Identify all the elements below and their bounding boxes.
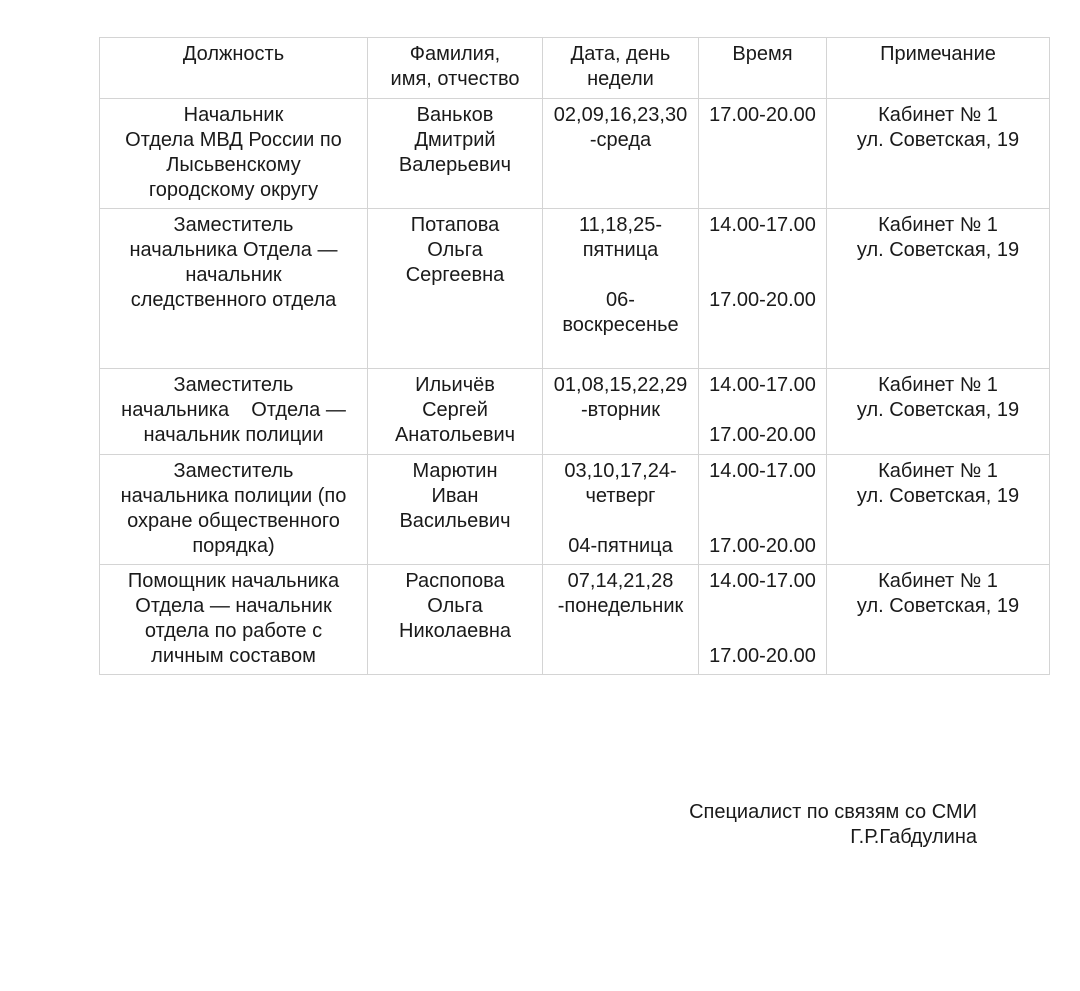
cell-line: начальника Отдела — — [102, 398, 365, 423]
table-header-row: Должность Фамилия,имя, отчество Дата, де… — [100, 38, 1050, 99]
header-position: Должность — [100, 38, 368, 99]
signature-title: Специалист по связям со СМИ — [689, 800, 977, 825]
cell-line: 17.00-20.00 — [701, 288, 824, 313]
header-full-name: Фамилия,имя, отчество — [368, 38, 543, 99]
cell-time: 14.00-17.0017.00-20.00 — [699, 565, 827, 675]
cell-line: Кабинет № 1 — [829, 569, 1047, 594]
cell-line: ул. Советская, 19 — [829, 238, 1047, 263]
cell-line: 17.00-20.00 — [701, 534, 824, 559]
cell-line: Заместитель — [102, 213, 365, 238]
cell-line: 17.00-20.00 — [701, 644, 824, 669]
cell-line: Примечание — [829, 42, 1047, 67]
cell-line: Кабинет № 1 — [829, 213, 1047, 238]
cell-line: охране общественного — [102, 509, 365, 534]
cell-line: 07,14,21,28 — [545, 569, 696, 594]
cell-name: МарютинИванВасильевич — [368, 455, 543, 565]
cell-line: Заместитель — [102, 459, 365, 484]
cell-line: Кабинет № 1 — [829, 459, 1047, 484]
cell-line: Дата, день — [545, 42, 696, 67]
table-row: НачальникОтдела МВД России поЛысьвенском… — [100, 99, 1050, 209]
cell-date: 07,14,21,28-понедельник — [543, 565, 699, 675]
cell-line: отдела по работе с — [102, 619, 365, 644]
header-date-weekday: Дата, деньнедели — [543, 38, 699, 99]
cell-date: 01,08,15,22,29-вторник — [543, 369, 699, 455]
cell-line: 14.00-17.00 — [701, 373, 824, 398]
cell-position: Заместительначальника Отдела —начальникс… — [100, 209, 368, 369]
cell-line: Иван — [370, 484, 540, 509]
cell-line: ул. Советская, 19 — [829, 484, 1047, 509]
cell-line: 06- — [545, 288, 696, 313]
cell-line: 03,10,17,24- — [545, 459, 696, 484]
cell-line: порядка) — [102, 534, 365, 559]
cell-name: РаспоповаОльгаНиколаевна — [368, 565, 543, 675]
cell-line: Потапова — [370, 213, 540, 238]
reception-schedule-table: Должность Фамилия,имя, отчество Дата, де… — [99, 37, 1050, 675]
cell-line: Ольга — [370, 238, 540, 263]
cell-line — [545, 263, 696, 288]
cell-line: городскому округу — [102, 178, 365, 203]
cell-line: Ваньков — [370, 103, 540, 128]
cell-line: -вторник — [545, 398, 696, 423]
cell-time: 14.00-17.0017.00-20.00 — [699, 369, 827, 455]
header-note: Примечание — [827, 38, 1050, 99]
cell-time: 14.00-17.0017.00-20.00 — [699, 209, 827, 369]
header-time: Время — [699, 38, 827, 99]
cell-name: ПотаповаОльгаСергеевна — [368, 209, 543, 369]
cell-line: ул. Советская, 19 — [829, 398, 1047, 423]
cell-line: Анатольевич — [370, 423, 540, 448]
cell-line: 14.00-17.00 — [701, 213, 824, 238]
table-row: Заместительначальника Отдела —начальникс… — [100, 209, 1050, 369]
cell-date: 11,18,25-пятница06-воскресенье — [543, 209, 699, 369]
cell-line: Сергей — [370, 398, 540, 423]
cell-line: начальника Отдела — — [102, 238, 365, 263]
cell-line: Сергеевна — [370, 263, 540, 288]
cell-note: Кабинет № 1ул. Советская, 19 — [827, 369, 1050, 455]
cell-line: 01,08,15,22,29 — [545, 373, 696, 398]
cell-line — [701, 398, 824, 423]
signature-block: Специалист по связям со СМИ Г.Р.Габдулин… — [689, 800, 977, 850]
cell-line: Ильичёв — [370, 373, 540, 398]
cell-line — [545, 509, 696, 534]
cell-date: 03,10,17,24-четверг04-пятница — [543, 455, 699, 565]
cell-line — [701, 484, 824, 509]
cell-line: Николаевна — [370, 619, 540, 644]
table-row: Заместительначальника полиции (поохране … — [100, 455, 1050, 565]
cell-line: -понедельник — [545, 594, 696, 619]
cell-line: имя, отчество — [370, 67, 540, 92]
cell-line: ул. Советская, 19 — [829, 594, 1047, 619]
cell-line: Отдела — начальник — [102, 594, 365, 619]
cell-name: ВаньковДмитрийВалерьевич — [368, 99, 543, 209]
cell-line: Ольга — [370, 594, 540, 619]
cell-line: 04-пятница — [545, 534, 696, 559]
cell-line: Заместитель — [102, 373, 365, 398]
cell-line: Фамилия, — [370, 42, 540, 67]
cell-line: Время — [701, 42, 824, 67]
cell-line: -среда — [545, 128, 696, 153]
cell-line — [701, 619, 824, 644]
cell-line: Марютин — [370, 459, 540, 484]
cell-line: Кабинет № 1 — [829, 103, 1047, 128]
cell-line: Дмитрий — [370, 128, 540, 153]
cell-line: Помощник начальника — [102, 569, 365, 594]
cell-line: пятница — [545, 238, 696, 263]
cell-note: Кабинет № 1ул. Советская, 19 — [827, 99, 1050, 209]
cell-line: 17.00-20.00 — [701, 423, 824, 448]
cell-line: Валерьевич — [370, 153, 540, 178]
cell-name: ИльичёвСергейАнатольевич — [368, 369, 543, 455]
cell-position: Помощник начальникаОтдела — начальникотд… — [100, 565, 368, 675]
cell-line — [701, 238, 824, 263]
cell-position: НачальникОтдела МВД России поЛысьвенском… — [100, 99, 368, 209]
cell-time: 14.00-17.0017.00-20.00 — [699, 455, 827, 565]
cell-line: 14.00-17.00 — [701, 459, 824, 484]
cell-date: 02,09,16,23,30-среда — [543, 99, 699, 209]
cell-note: Кабинет № 1ул. Советская, 19 — [827, 209, 1050, 369]
cell-line: 17.00-20.00 — [701, 103, 824, 128]
signature-name: Г.Р.Габдулина — [689, 825, 977, 850]
cell-position: Заместительначальника полиции (поохране … — [100, 455, 368, 565]
cell-line: следственного отдела — [102, 288, 365, 313]
cell-line: 02,09,16,23,30 — [545, 103, 696, 128]
cell-line: Кабинет № 1 — [829, 373, 1047, 398]
cell-line: Распопова — [370, 569, 540, 594]
cell-line: воскресенье — [545, 313, 696, 338]
cell-line: начальник полиции — [102, 423, 365, 448]
cell-line: Лысьвенскому — [102, 153, 365, 178]
cell-line — [701, 263, 824, 288]
cell-note: Кабинет № 1ул. Советская, 19 — [827, 455, 1050, 565]
cell-time: 17.00-20.00 — [699, 99, 827, 209]
cell-line: 11,18,25- — [545, 213, 696, 238]
cell-note: Кабинет № 1ул. Советская, 19 — [827, 565, 1050, 675]
cell-line: начальника полиции (по — [102, 484, 365, 509]
cell-line: четверг — [545, 484, 696, 509]
cell-line: начальник — [102, 263, 365, 288]
cell-line: Начальник — [102, 103, 365, 128]
table-row: Помощник начальникаОтдела — начальникотд… — [100, 565, 1050, 675]
cell-line: личным составом — [102, 644, 365, 669]
table-row: Заместительначальника Отдела —начальник … — [100, 369, 1050, 455]
cell-line: ул. Советская, 19 — [829, 128, 1047, 153]
cell-line: Должность — [102, 42, 365, 67]
cell-position: Заместительначальника Отдела —начальник … — [100, 369, 368, 455]
cell-line — [701, 509, 824, 534]
cell-line: 14.00-17.00 — [701, 569, 824, 594]
cell-line: Васильевич — [370, 509, 540, 534]
cell-line: недели — [545, 67, 696, 92]
cell-line: Отдела МВД России по — [102, 128, 365, 153]
cell-line — [701, 594, 824, 619]
